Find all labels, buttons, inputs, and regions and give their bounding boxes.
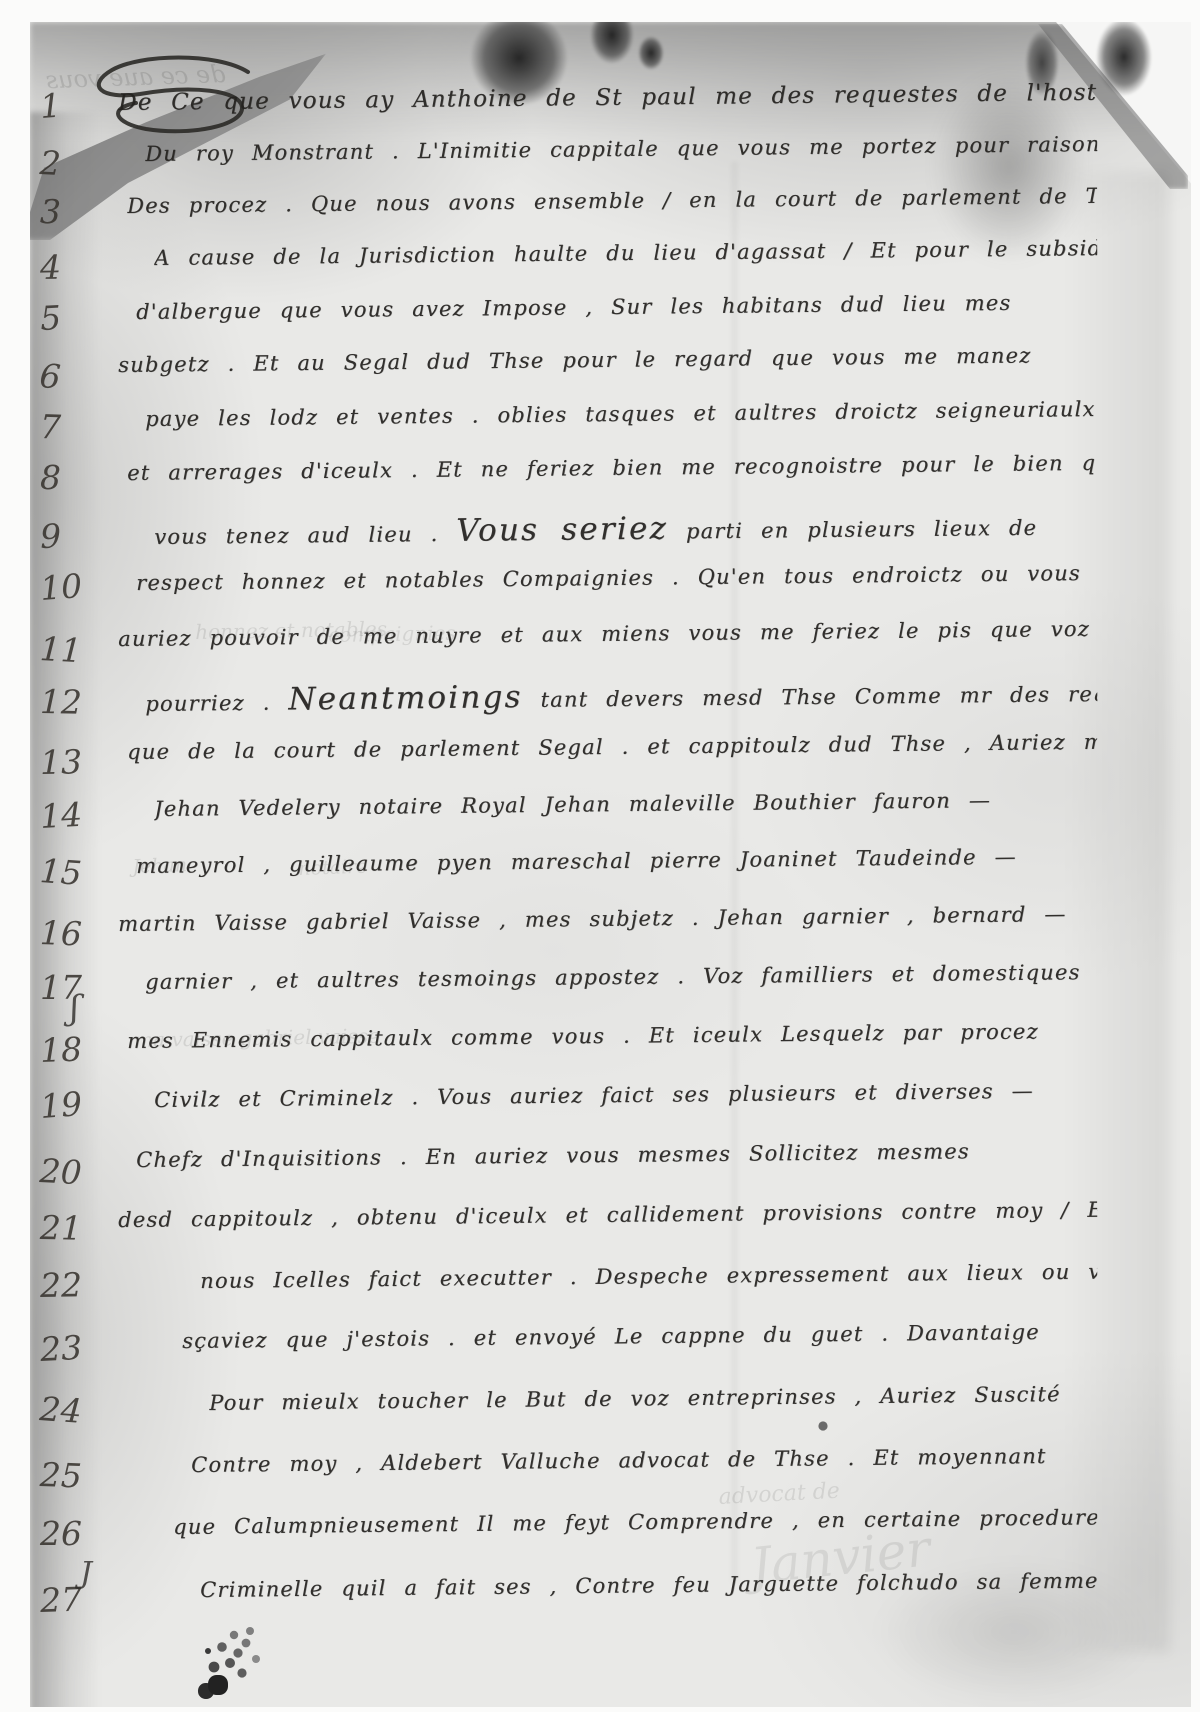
manuscript-line: 16martin Vaisse gabriel Vaisse , mes sub… bbox=[40, 906, 1115, 952]
manuscript-line: 13que de la court de parlement Segal . e… bbox=[40, 734, 1115, 782]
speckle-cluster bbox=[205, 1648, 211, 1654]
line-number: 21 bbox=[40, 1202, 113, 1248]
line-number: 24 bbox=[39, 1385, 114, 1433]
emphasized-word: Neantmoings bbox=[288, 679, 523, 717]
line-number: 20 bbox=[39, 1142, 113, 1194]
line-number: 1 bbox=[39, 79, 114, 126]
line-number: 19 bbox=[38, 1077, 113, 1126]
manuscript-line: 19Civilz et Criminelz . Vous auriez faic… bbox=[40, 1082, 1115, 1126]
line-number: 22 bbox=[40, 1262, 113, 1305]
line-text: pourriez . Neantmoings tant devers mesd … bbox=[145, 667, 1097, 719]
line-text-segment: parti en plusieurs lieux de bbox=[668, 516, 1037, 544]
line-number: 12 bbox=[40, 677, 113, 722]
line-number: 10 bbox=[39, 560, 114, 608]
manuscript-line: 4A cause de la Jurisdiction haulte du li… bbox=[40, 240, 1115, 287]
scan-margin-top bbox=[0, 0, 1200, 22]
manuscript-line: 7paye les lodz et ventes . oblies tasque… bbox=[40, 401, 1115, 446]
manuscript-line: 6subgetz . Et au Segal dud Thse pour le … bbox=[40, 347, 1115, 395]
manuscript-line: 9vous tenez aud lieu . Vous seriez parti… bbox=[40, 510, 1115, 556]
line-text: vous tenez aud lieu . Vous seriez parti … bbox=[154, 501, 1037, 552]
manuscript-line: 21desd cappitoulz , obtenu d'iceulx et c… bbox=[40, 1202, 1115, 1247]
scan-margin-bottom bbox=[0, 1707, 1200, 1712]
line-number: 11 bbox=[39, 621, 113, 672]
line-number: 25 bbox=[39, 1447, 113, 1496]
scan-margin-right bbox=[1191, 0, 1200, 1712]
line-number: 7 bbox=[39, 401, 113, 448]
line-number: 9 bbox=[39, 508, 113, 556]
line-number: 14 bbox=[39, 787, 113, 836]
line-text-segment: tant devers mesd Thse Comme mr des reque… bbox=[523, 681, 1098, 712]
manuscript-line: 8et arrerages d'iceulx . Et ne feriez bi… bbox=[40, 455, 1115, 497]
line-number: 23 bbox=[39, 1319, 113, 1369]
line-number: 27 bbox=[39, 1570, 113, 1620]
manuscript-line: 23sçaviez que j'estois . et envoyé Le ca… bbox=[40, 1323, 1115, 1369]
manuscript-line: 25Contre moy , Aldebert Valluche advocat… bbox=[40, 1447, 1115, 1494]
margin-mark: J bbox=[80, 1556, 92, 1591]
manuscript-scan: 1De Ce que vous ay Anthoine de St paul m… bbox=[0, 0, 1200, 1712]
line-number: 16 bbox=[39, 906, 113, 954]
line-text-segment: pourriez . bbox=[145, 691, 288, 716]
line-text-segment: vous tenez aud lieu . bbox=[154, 522, 456, 549]
line-number: 13 bbox=[40, 733, 113, 782]
manuscript-line: 14Jehan Vedelery notaire Royal Jehan mal… bbox=[40, 791, 1115, 836]
scan-margin-left bbox=[0, 0, 30, 1712]
manuscript-line: 1De Ce que vous ay Anthoine de St paul m… bbox=[40, 84, 1115, 126]
line-number: 6 bbox=[38, 347, 113, 400]
manuscript-line: 26que Calumpnieusement Il me feyt Compre… bbox=[40, 1509, 1115, 1553]
manuscript-line: 18mes Ennemis cappitaulx comme vous . Et… bbox=[40, 1023, 1115, 1070]
ink-blot bbox=[638, 36, 664, 70]
line-number: 15 bbox=[39, 848, 114, 895]
line-number: 2 bbox=[39, 136, 113, 186]
manuscript-line: 12pourriez . Neantmoings tant devers mes… bbox=[40, 677, 1115, 721]
line-number: 5 bbox=[39, 290, 113, 338]
manuscript-line: 24Pour mieulx toucher le But de voz entr… bbox=[40, 1385, 1115, 1428]
manuscript-line: 3Des procez . Que nous avons ensemble / … bbox=[40, 188, 1115, 231]
manuscript-line: 10respect honnez et notables Compaignies… bbox=[40, 565, 1115, 608]
manuscript-line: 17garnier , et aultres tesmoings apposte… bbox=[40, 964, 1115, 1007]
manuscript-line: 27Criminelle quil a fait ses , Contre fe… bbox=[40, 1572, 1115, 1620]
emphasized-word: Vous seriez bbox=[456, 511, 668, 549]
line-number: 4 bbox=[40, 239, 113, 287]
manuscript-line: 5d'albergue que vous avez Impose , Sur l… bbox=[40, 294, 1115, 338]
line-number: 3 bbox=[40, 188, 113, 232]
line-number: 8 bbox=[40, 455, 112, 497]
margin-mark: ʃ bbox=[70, 988, 79, 1028]
manuscript-line: 15maneyrol , guilleaume pyen mareschal p… bbox=[40, 848, 1115, 890]
manuscript-line: 22nous Icelles faict executter . Despech… bbox=[40, 1263, 1115, 1305]
manuscript-line: 20Chefz d'Inquisitions . En auriez vous … bbox=[40, 1142, 1115, 1190]
line-number: 26 bbox=[40, 1509, 112, 1553]
manuscript-line: 11auriez pouvoir de me nuyre et aux mien… bbox=[40, 621, 1115, 668]
manuscript-line: 2Du roy Monstrant . L'Inimitie cappitale… bbox=[40, 136, 1115, 182]
